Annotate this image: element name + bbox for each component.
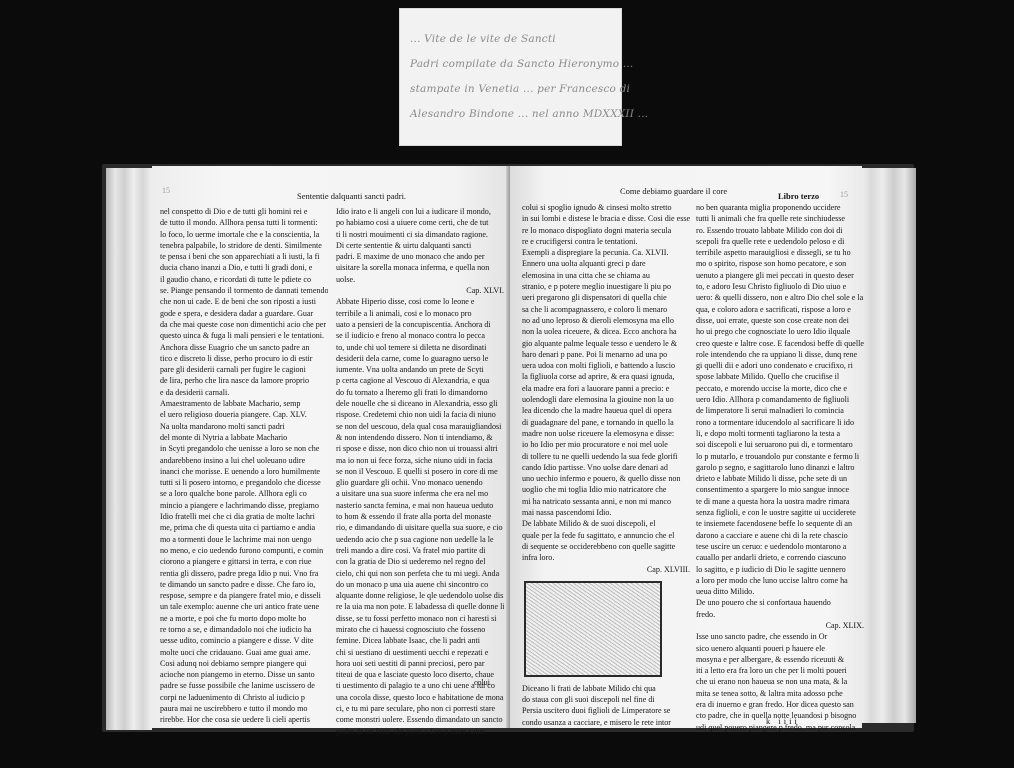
text-line: sico uenero alquanti poueri p hauere ele bbox=[696, 643, 864, 654]
text-line: re e crucifigersi contra le tentationi. bbox=[522, 236, 690, 247]
text-line: mosyna e per albergare, & essendo riceuu… bbox=[696, 654, 864, 665]
text-line: soi discepoli e lui seruarono pui di, e … bbox=[696, 439, 864, 450]
text-line: desiderii dela carne, come lo guaragno u… bbox=[336, 353, 504, 364]
text-line: del monte di Nytria a labbate Machario bbox=[160, 432, 328, 443]
text-line: senza figlioli, e con le uostre sagitte … bbox=[696, 507, 864, 518]
text-line: Cap. XLIX. bbox=[696, 620, 864, 631]
text-line: re torno a se, e dimandadolo noi che iud… bbox=[160, 624, 328, 635]
text-line: li, e dopo molti tormenti tagliarono la … bbox=[696, 428, 864, 439]
text-line: no meno, e cio uedendo furono compunti, … bbox=[160, 545, 328, 556]
text-line: padre da un frate che potei a fare p ess… bbox=[336, 726, 504, 737]
text-line: se. Piange pensando il tormento de danna… bbox=[160, 285, 328, 296]
text-line: il gaudio chano, e ricordati di tutte le… bbox=[160, 274, 328, 285]
text-line: elemosina in una citta che se chiama au bbox=[522, 270, 690, 281]
text-line: no ad uno leproso & dieroli elemosyna ma… bbox=[522, 315, 690, 326]
text-line: paura mai ne uscirebbero e tutto il mond… bbox=[160, 703, 328, 714]
text-line: molte uoci che cridauano. Guai ame guai … bbox=[160, 647, 328, 658]
text-line: hora uoi seti uestiti di panni preciosi,… bbox=[336, 658, 504, 669]
text-line: alquante donne religiose, le qle uedendo… bbox=[336, 590, 504, 601]
text-line: io ho Idio per mio procuratore e noi mel… bbox=[522, 439, 690, 450]
text-line: De labbate Milido & de suoi discepoli, e… bbox=[522, 518, 690, 529]
text-line: femine. Dicea labbate Isaac, che li padr… bbox=[336, 635, 504, 646]
text-line: ueri pregarono gli dispensatori di quell… bbox=[522, 292, 690, 303]
text-line: garolo p segno, e sagittarolo luno dinan… bbox=[696, 462, 864, 473]
text-line: De uno pouero che si confortaua hauendo bbox=[696, 597, 864, 608]
text-line: iumente. Vna uolta andando un prete de S… bbox=[336, 364, 504, 375]
text-line: se il iudicio e freno al monaco contra l… bbox=[336, 330, 504, 341]
text-line: de limperatore li serui malnadieri lo co… bbox=[696, 405, 864, 416]
text-line: a loro per modo che luno uccise laltro c… bbox=[696, 575, 864, 586]
text-line: gode e spera, e desidera dadar a guardar… bbox=[160, 308, 328, 319]
text-line: uolendogli dare elemosina la giouine non… bbox=[522, 394, 690, 405]
text-line: andarebbeno insino a lui chel uoleuano u… bbox=[160, 455, 328, 466]
text-line: terribile a li animali, cosi e lo monaco… bbox=[336, 308, 504, 319]
text-line: po habiamo cosi a uiuere come certi, che… bbox=[336, 217, 504, 228]
text-line: che ui erano non haueua se non una mata,… bbox=[696, 676, 864, 687]
text-line: me, prima che di questa uita ci partiamo… bbox=[160, 522, 328, 533]
text-line: peccato, e morendo uccise la morte, dico… bbox=[696, 383, 864, 394]
text-line: a uisitare una sua suore inferma che era… bbox=[336, 488, 504, 499]
text-line: ri spose e disse, non dico chio non ui t… bbox=[336, 443, 504, 454]
page-edges-right bbox=[860, 168, 916, 723]
text-line: uedendo acio che p sua cagione non uedel… bbox=[336, 534, 504, 545]
text-line: iti a letto era fra loro un che per li m… bbox=[696, 665, 864, 676]
text-line: to, unde chi uol temere si diletta ne di… bbox=[336, 342, 504, 353]
text-line: in Scyti pregandolo che uenisse a loro s… bbox=[160, 443, 328, 454]
text-line: uero: & quelli dissero, non e altro Dio … bbox=[696, 292, 864, 303]
text-line: rirebbe. Hor che cosa sie uedere li ciel… bbox=[160, 714, 328, 725]
text-line: cielo, chi qui non son perfeta che tu mi… bbox=[336, 568, 504, 579]
text-line: ti li nostri mouimenti ci sia dimandato … bbox=[336, 229, 504, 240]
text-line: da che mai queste cose non dimentichi ac… bbox=[160, 319, 328, 330]
right-folio-number: 15 bbox=[840, 190, 848, 199]
text-line: ueua ditto Milido. bbox=[696, 586, 864, 597]
text-line: disse, uoi errate, queste son cose creat… bbox=[696, 315, 864, 326]
text-line: tese uscire un ceruo: e uedendolo montar… bbox=[696, 541, 864, 552]
text-line: uenuto a piangere gli mei peccati in que… bbox=[696, 270, 864, 281]
text-line: ne a morte, e poi che fu morto dopo molt… bbox=[160, 613, 328, 624]
text-line: te pensa i beni che son apparechiati a l… bbox=[160, 251, 328, 262]
text-line: mai nassa pascendomi Idio. bbox=[522, 507, 690, 518]
text-line: uesse udito, comincio a piangere e disse… bbox=[160, 635, 328, 646]
text-line: se non il Vescouo. E quelli si posero in… bbox=[336, 466, 504, 477]
text-line: chi si uestiano di uestimenti uecchi e r… bbox=[336, 647, 504, 658]
text-line: do un monaco p una uia auene chi sincont… bbox=[336, 579, 504, 590]
text-line: padre se fusse possibile che lanime usci… bbox=[160, 680, 328, 691]
label-line: Alesandro Bindone ... nel anno MDXXXII .… bbox=[410, 102, 613, 127]
text-line: uoglio che mi toglia Idio mio natricator… bbox=[522, 484, 690, 495]
text-line: Persia uscitero duoi figlioli de Limpera… bbox=[522, 705, 690, 716]
text-line: lea dicendo che la madre haueua quel di … bbox=[522, 405, 690, 416]
text-line: e da desiderii carnali. bbox=[160, 387, 328, 398]
left-running-head: Sententie dalquanti sancti padri. bbox=[297, 191, 406, 201]
text-line: acioche non piangemo in eterno. Disse un… bbox=[160, 669, 328, 680]
text-line: mita se tenea sotto, & laltra mita adoss… bbox=[696, 688, 864, 699]
left-page-column-2: Idio irato e li angeli con lui a iudicar… bbox=[336, 206, 504, 737]
text-line: come monstri uolere. Essendo dimandato u… bbox=[336, 714, 504, 725]
text-line: spose labbate Milido. Quello che crucifi… bbox=[696, 371, 864, 382]
text-line: te insiemete facendosene beffe lo sequen… bbox=[696, 518, 864, 529]
text-line: fredo. bbox=[696, 609, 864, 620]
open-book: 15 Sententie dalquanti sancti padri. nel… bbox=[98, 162, 920, 734]
right-running-head: Come debiamo guardare il core bbox=[620, 186, 727, 196]
text-line: respose, sempre e da piangere fratel mio… bbox=[160, 590, 328, 601]
text-line: che non ui cade. E de beni che son ripos… bbox=[160, 296, 328, 307]
text-line: uera udoa con molti figlioli, e battendo… bbox=[522, 360, 690, 371]
text-line: mo a tormenti doue le lachrime mai non u… bbox=[160, 534, 328, 545]
text-line: ho ui prego che cognosciate lo uero Idio… bbox=[696, 326, 864, 337]
text-line: disse, se tu fossi perfetto monaco non c… bbox=[336, 613, 504, 624]
text-line: dele nouelle che si diceano in Alexandri… bbox=[336, 398, 504, 409]
text-line: creo queste e laltre cose. E facendosi b… bbox=[696, 338, 864, 349]
text-line: era di inuerno e gran fredo. Hor dicea q… bbox=[696, 699, 864, 710]
text-line: nel conspetto di Dio e de tutti gli homi… bbox=[160, 206, 328, 217]
signature-mark: k iiii bbox=[766, 716, 800, 726]
text-line: infra loro. bbox=[522, 552, 690, 563]
text-line: Ennero una uolta alquanti greci p dare bbox=[522, 258, 690, 269]
text-line: corpi ne laduenimento di Christo al iudi… bbox=[160, 692, 328, 703]
text-line: ela madre era fori a lauorare panni a pr… bbox=[522, 383, 690, 394]
text-line: tutti li animali che fra quelle rete sin… bbox=[696, 213, 864, 224]
page-edges-left bbox=[106, 168, 152, 730]
text-line: di tollere tu ne quelli uedendo la sua f… bbox=[522, 451, 690, 462]
left-page: 15 Sententie dalquanti sancti padri. nel… bbox=[152, 166, 510, 728]
text-line: qua, e coloro adora e sacrificati, rispo… bbox=[696, 304, 864, 315]
text-line: consentimento a spargere lo mio sangue i… bbox=[696, 484, 864, 495]
text-line: stranio, e p potere meglio inuestigare l… bbox=[522, 281, 690, 292]
left-page-column-1: nel conspetto di Dio e de tutti gli homi… bbox=[160, 206, 328, 726]
handwritten-label-card: ... Vite de le vite de Sancti Padri comp… bbox=[399, 8, 622, 146]
text-line: uisitare la sorella monaca inferma, e qu… bbox=[336, 262, 504, 273]
text-line: cando Idio partisse. Vno uolse dare dena… bbox=[522, 462, 690, 473]
text-line: non la uolea riceuere, & dicea. Ecco anc… bbox=[522, 326, 690, 337]
text-line: to hom & essendo il frate alla porta del… bbox=[336, 511, 504, 522]
text-line: scepoli fra quelle rete e uedendolo pelo… bbox=[696, 236, 864, 247]
text-line: con la gratia de Dio si uederemo nel reg… bbox=[336, 556, 504, 567]
text-line: haro denari p pane. Poi li menarno ad un… bbox=[522, 349, 690, 360]
text-line: rentia gli dissero, padre prega Idio p n… bbox=[160, 568, 328, 579]
text-line: mincio a piangere e lachrimando disse, p… bbox=[160, 500, 328, 511]
text-line: mirato che ci hauessi cognosciuto che fo… bbox=[336, 624, 504, 635]
text-line: Isse uno sancto padre, che essendo in Or bbox=[696, 631, 864, 642]
text-line: lo foco, lo uerme imortale che e la cons… bbox=[160, 229, 328, 240]
text-line: madre non uolse riceuere la elemosyna e … bbox=[522, 428, 690, 439]
text-line: ro. Essendo trouato labbate Milido con d… bbox=[696, 225, 864, 236]
text-line: no ben quaranta miglia proponendo uccide… bbox=[696, 202, 864, 213]
text-line: do fu tornato a lheremo gli frati lo dim… bbox=[336, 387, 504, 398]
text-line: tico e discreto li disse, perho procuro … bbox=[160, 353, 328, 364]
text-line: Abbate Hiperio disse, cosi come lo leone… bbox=[336, 296, 504, 307]
text-line: ciorono a piangere e gittarsi in terra, … bbox=[160, 556, 328, 567]
text-line: terribile aspetto marauigliosi e dissegl… bbox=[696, 247, 864, 258]
text-line: glio guardare gli ochii. Vno monaco uene… bbox=[336, 477, 504, 488]
text-line: questo uinca & fuga li mali pensieri e l… bbox=[160, 330, 328, 341]
text-line: uno uechio infermo e pouero, & quello di… bbox=[522, 473, 690, 484]
right-page-column-1: colui si spoglio ignudo & cinsesi molto … bbox=[522, 202, 690, 728]
woodcut-illustration bbox=[524, 581, 662, 677]
text-line: di guadagnare del pane, e tornando in qu… bbox=[522, 417, 690, 428]
text-line: role intendendo che ra uppiano li disse,… bbox=[696, 349, 864, 360]
text-line: uero Idio. Allhora p comandamento de fig… bbox=[696, 394, 864, 405]
text-line: do staua con gli suoi discepoli nel fine… bbox=[522, 694, 690, 705]
text-line: Cap. XLVIII. bbox=[522, 564, 690, 575]
text-line: padri. E maxime de uno monaco che ando p… bbox=[336, 251, 504, 262]
text-line: treli mando a dire cosi. Va fratel mio p… bbox=[336, 545, 504, 556]
text-line: pare gli desiderii carnali per fugire le… bbox=[160, 364, 328, 375]
text-line: ci, e tu mi pare seculare, pho non ci po… bbox=[336, 703, 504, 714]
text-line: in sui lombi e distese le bracia e disse… bbox=[522, 213, 690, 224]
text-line: tenebra palpabile, lo stridore de denti.… bbox=[160, 240, 328, 251]
text-line: inanci che morisse. E uenendo a loro hum… bbox=[160, 466, 328, 477]
text-line: rispose. Credetemi chio non uidi la faci… bbox=[336, 409, 504, 420]
text-line: Exempli a dispregiare la pecunia. Ca. XL… bbox=[522, 247, 690, 258]
label-line: ... Vite de le vite de Sancti bbox=[410, 27, 613, 52]
text-line: tutti si li posero intorno, e pregandolo… bbox=[160, 477, 328, 488]
text-line: Diceano li frati de labbate Milido chi q… bbox=[522, 683, 690, 694]
text-line: re la uia ma non pote. E labadessa di qu… bbox=[336, 601, 504, 612]
text-line: Amaestramento de labbate Machario, semp bbox=[160, 398, 328, 409]
text-line: gio alquante palme lequale tesso e uende… bbox=[522, 338, 690, 349]
right-page: Come debiamo guardare il core Libro terz… bbox=[510, 166, 862, 728]
text-line: te di mane a questa hora la uostra madre… bbox=[696, 496, 864, 507]
text-line: uato a pensieri de la concupiscentia. An… bbox=[336, 319, 504, 330]
left-folio-number: 15 bbox=[162, 186, 170, 195]
book-label: Libro terzo bbox=[778, 191, 819, 201]
text-line: ma io non ui fece forza, siche niuno uid… bbox=[336, 455, 504, 466]
text-line: ducia chano inanzi a Dio, e tutti li gra… bbox=[160, 262, 328, 273]
text-line: gi quelli dii e adori uno condenato e cr… bbox=[696, 360, 864, 371]
text-line: quale per la fede fu sagittato, e annunc… bbox=[522, 530, 690, 541]
text-line: el uero religioso doueria piangere. Cap.… bbox=[160, 409, 328, 420]
text-line: to, e adoro Iesu Christo figliuolo di Di… bbox=[696, 281, 864, 292]
text-line: rono a tormentare iducendolo al sacrific… bbox=[696, 417, 864, 428]
text-line: Na uolta mandarono molti sancti padri bbox=[160, 421, 328, 432]
text-line: te dimando un sancto padre e disse. Che … bbox=[160, 579, 328, 590]
text-line: re lo monaco dispogliato dogni materia s… bbox=[522, 225, 690, 236]
text-line: mi ha natricato sessanta anni, e non mi … bbox=[522, 496, 690, 507]
text-line: un tale exemplo: auenne che uri antico f… bbox=[160, 601, 328, 612]
label-line: stampate in Venetia ... per Francesco di bbox=[410, 77, 613, 102]
catchword: colui bbox=[474, 678, 490, 687]
text-line: uolse. bbox=[336, 274, 504, 285]
text-line: de lira, perho che lira nasce da lamore … bbox=[160, 375, 328, 386]
text-line: se a loro qualche bone parole. Allhora e… bbox=[160, 488, 328, 499]
text-line: di sequente se occiderebbeno con quelle … bbox=[522, 541, 690, 552]
text-line: lo sagitto, e p iudicio di Dio le sagitt… bbox=[696, 564, 864, 575]
text-line: Idio fratelli mei che ci dia gratia de m… bbox=[160, 511, 328, 522]
right-page-column-2: no ben quaranta miglia proponendo uccide… bbox=[696, 202, 864, 733]
text-line: p certa cagione al Vescouo di Alexandria… bbox=[336, 375, 504, 386]
text-line: condo usanza a cacciare, e misero le ret… bbox=[522, 717, 690, 728]
text-line: Idio irato e li angeli con lui a iudicar… bbox=[336, 206, 504, 217]
text-line: nasterio sancta femina, e mai non haueua… bbox=[336, 500, 504, 511]
text-line: & non intendendo dissero. Non ti intendi… bbox=[336, 432, 504, 443]
text-line: sa che li acompagnassero, e coloro li me… bbox=[522, 304, 690, 315]
text-line: rio, e dimandando di uisitare quella sua… bbox=[336, 522, 504, 533]
text-line: mo o spirito, rispose son homo pecatore,… bbox=[696, 258, 864, 269]
text-line: Di certe sententie & uirtu dalquanti san… bbox=[336, 240, 504, 251]
text-line: la figliuola corse ad aprire, & era quas… bbox=[522, 371, 690, 382]
text-line: de tutto il mondo. Allhora pensa tutti l… bbox=[160, 217, 328, 228]
text-line: darono a cacciare e auene chi di la rete… bbox=[696, 530, 864, 541]
text-line: drieto e labbate Milido li disse, pche s… bbox=[696, 473, 864, 484]
text-line: Cap. XLVI. bbox=[336, 285, 504, 296]
text-line: lo p mutarlo, e trouandolo pur constante… bbox=[696, 451, 864, 462]
label-line: Padri compilate da Sancto Hieronymo ... bbox=[410, 52, 613, 77]
text-line: cauallo per andarli drieto, e correndo c… bbox=[696, 552, 864, 563]
text-line: se non del uescouo, dela qual cosa marau… bbox=[336, 421, 504, 432]
text-line: una cocola disse, questo loco e habitati… bbox=[336, 692, 504, 703]
text-line: colui si spoglio ignudo & cinsesi molto … bbox=[522, 202, 690, 213]
text-line: Cosi adunq noi debiamo sempre piangere q… bbox=[160, 658, 328, 669]
text-line: Anchora disse Euagrio che un sancto padr… bbox=[160, 342, 328, 353]
